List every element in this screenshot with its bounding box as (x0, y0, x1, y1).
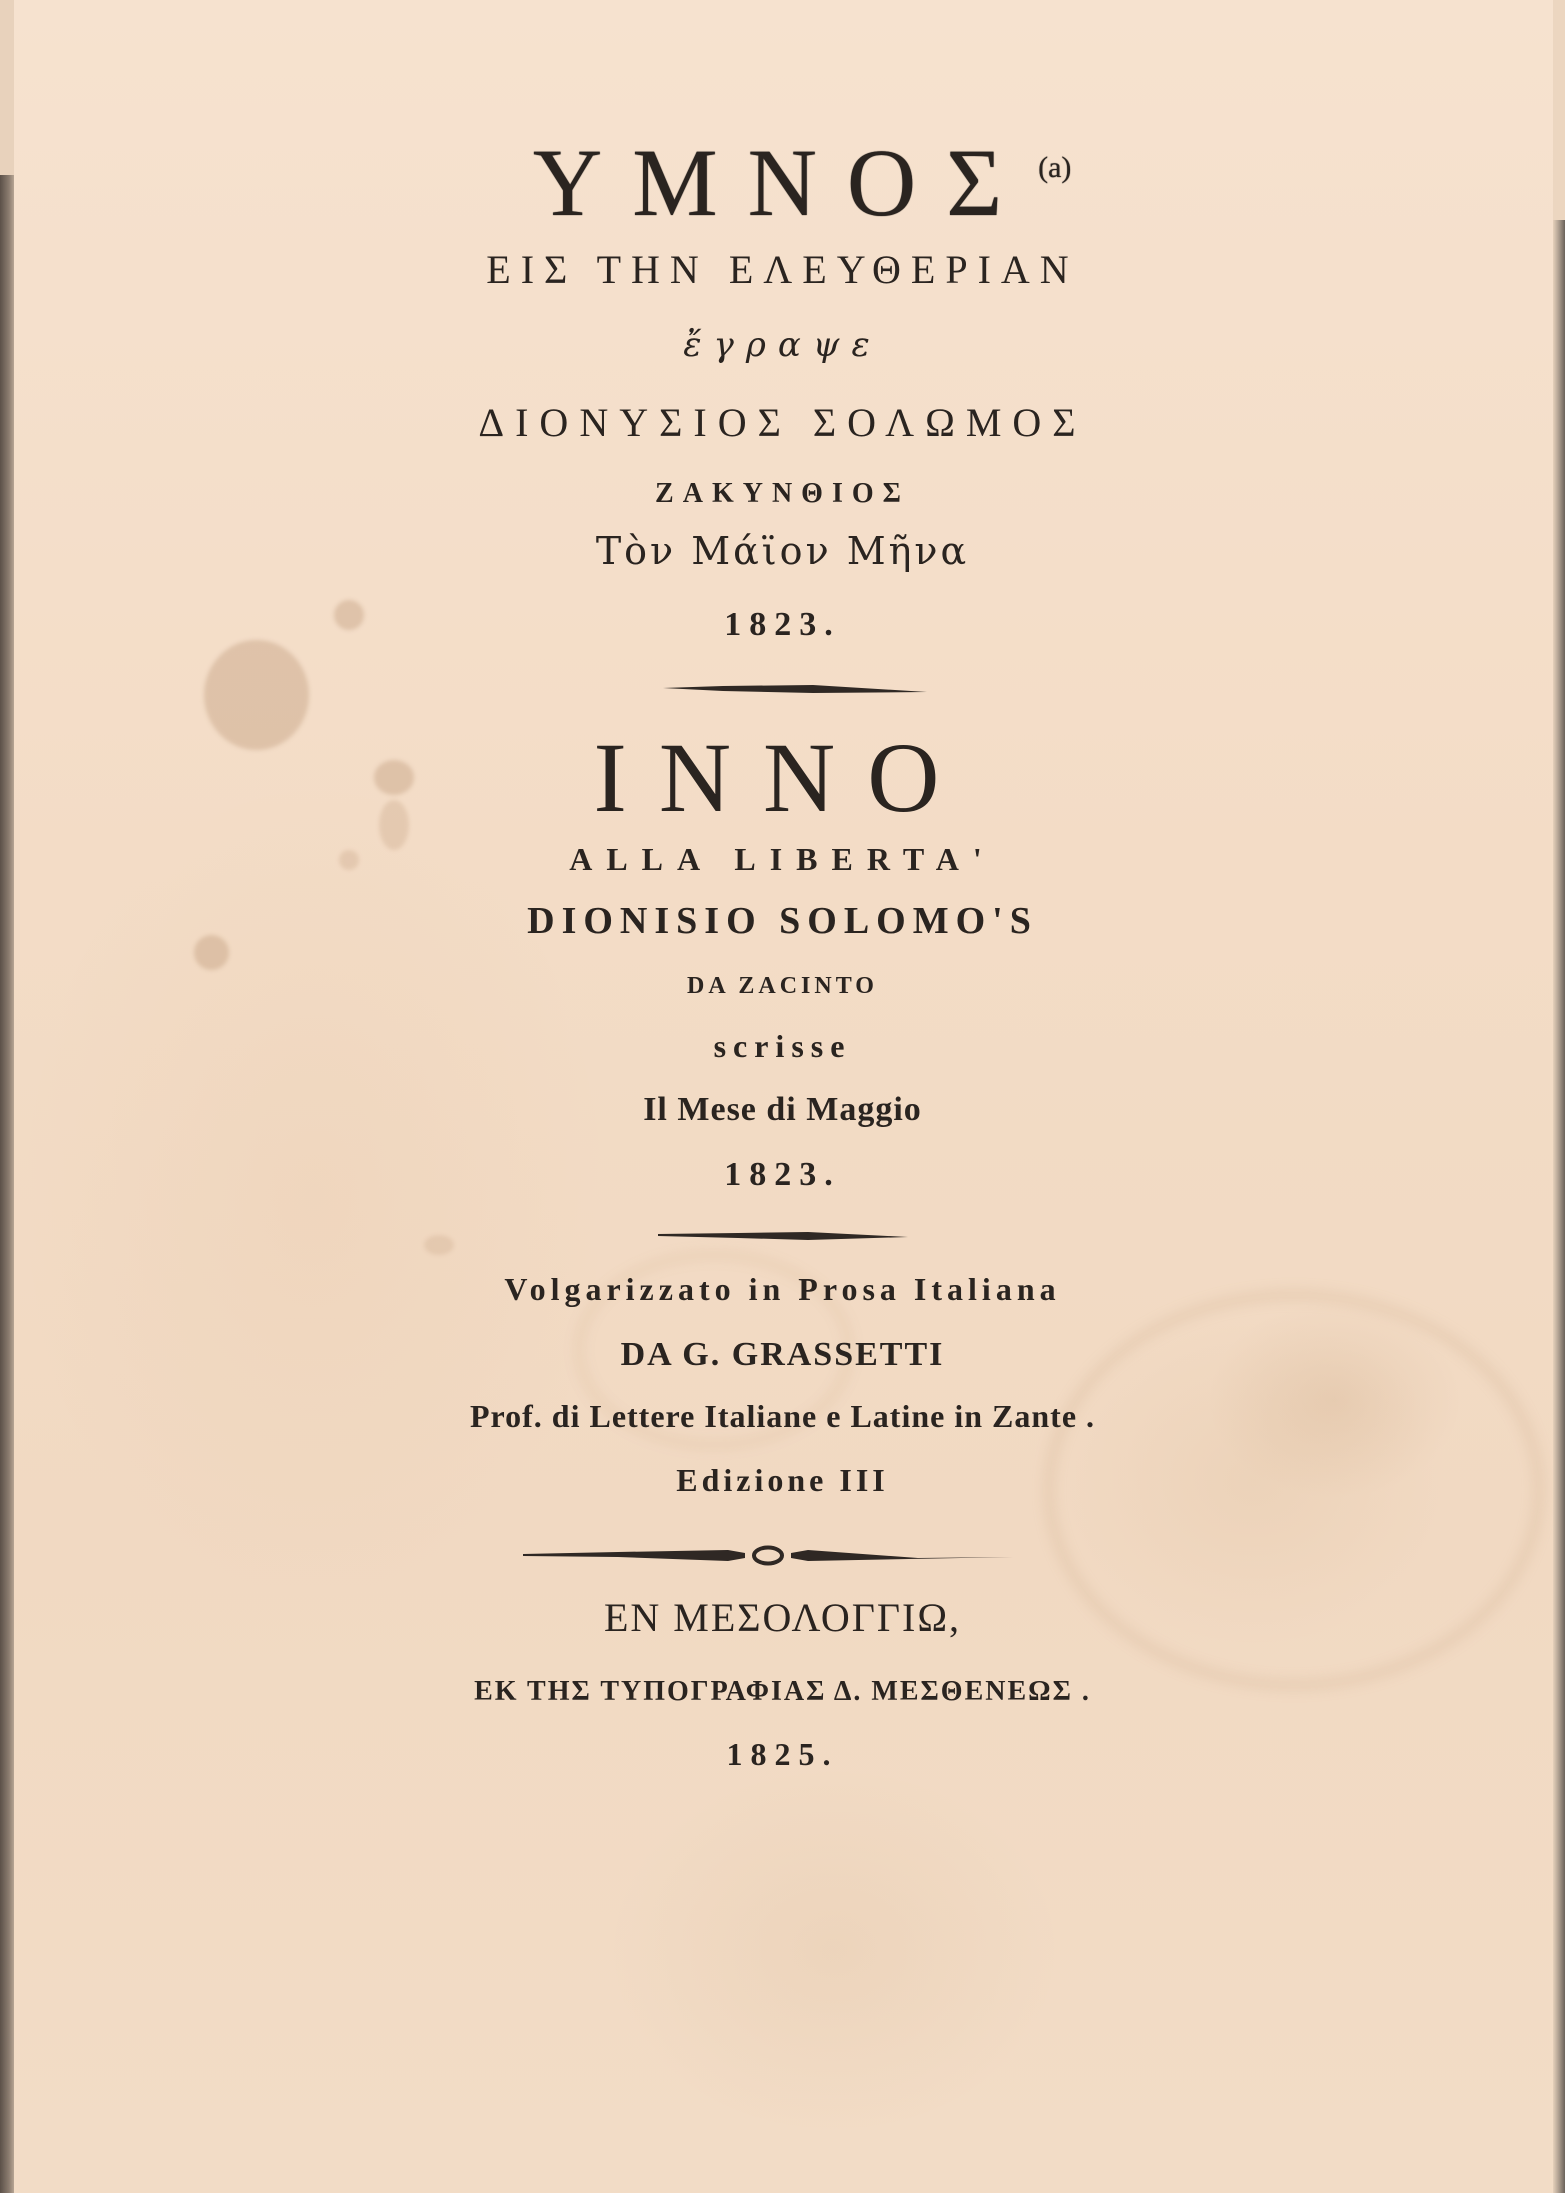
greek-author: ΔΙΟΝΥΣΙΟΣ ΣΟΛΩΜΟΣ (0, 403, 1565, 443)
edition-label: Edizione III (0, 1464, 1565, 1496)
italian-origin: DA ZACINTO (0, 974, 1565, 998)
foxing-stain (424, 1235, 454, 1255)
imprint-printer: ΕΚ ΤΗΣ ΤΥΠΟΓΡΑΦΙΑΣ Δ. ΜΕΣΘΕΝΕΩΣ . (0, 1678, 1565, 1706)
divider-rule (658, 1228, 908, 1244)
divider-rule (663, 682, 927, 698)
italian-author: DIONISIO SOLOMO'S (0, 902, 1565, 940)
greek-title: ΥΜΝΟΣ(a) (0, 135, 1565, 231)
greek-title-text: ΥΜΝΟΣ (533, 129, 1032, 236)
greek-origin: ΖΑΚΥΝΘΙΟΣ (0, 480, 1565, 508)
italian-wrote: scrisse (0, 1030, 1565, 1062)
italian-year: 1823. (0, 1158, 1565, 1192)
translator-name: DA G. GRASSETTI (0, 1338, 1565, 1372)
footnote-mark: (a) (1038, 153, 1071, 183)
italian-title: INNO (0, 728, 1565, 828)
greek-wrote: ἔγραψε (0, 328, 1565, 362)
translator-credentials: Prof. di Lettere Italiane e Latine in Za… (0, 1400, 1565, 1432)
italian-subtitle: ALLA LIBERTA' (0, 843, 1565, 875)
ornamental-rule (523, 1544, 1013, 1566)
greek-subtitle: ΕΙΣ ΤΗΝ ΕΛΕΥΘΕΡΙΑΝ (0, 250, 1565, 290)
greek-month: Τὸν Μάϊον Μῆνα (0, 532, 1565, 570)
imprint-place: ΕΝ ΜΕΣΟΛΟΓΓΙΩ, (0, 1598, 1565, 1638)
greek-year: 1823. (0, 608, 1565, 642)
italian-month: Il Mese di Maggio (0, 1093, 1565, 1127)
translation-note: Volgarizzato in Prosa Italiana (0, 1273, 1565, 1305)
imprint-year: 1825. (0, 1738, 1565, 1770)
foxing-stain (194, 935, 229, 970)
